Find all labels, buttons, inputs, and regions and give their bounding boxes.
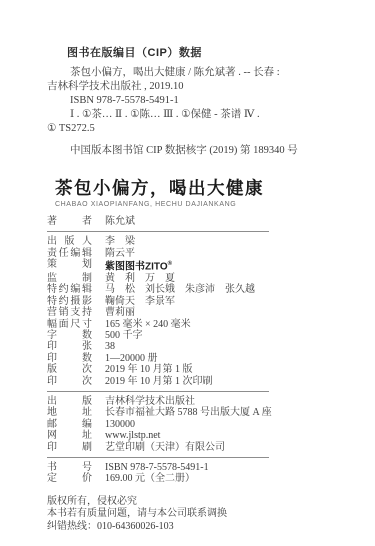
cip-block: 图书在版编目（CIP）数据 茶包小偏方，喝出大健康 / 陈允斌著 . -- 长春…	[47, 44, 345, 158]
footer-notices: 版权所有，侵权必究 本书若有质量问题，请与本公司联系调换 纠错热线：010-64…	[47, 496, 345, 533]
copyright-page: 图书在版编目（CIP）数据 茶包小偏方，喝出大健康 / 陈允斌著 . -- 长春…	[0, 0, 375, 546]
credit-value: 黄 利 万 夏	[105, 273, 175, 284]
credit-label: 版次	[47, 364, 92, 375]
pricing-block: 书号 ISBN 978-7-5578-5491-1 定价 169.00 元（全二…	[47, 462, 345, 485]
credit-label: 幅面尺寸	[47, 319, 92, 330]
publisher-row-postcode: 邮编 130000	[47, 419, 345, 430]
credit-label: 印数	[47, 353, 92, 364]
credit-row-planning: 策划 紫图图书ZITO®	[47, 259, 345, 273]
publisher-value: 130000	[105, 419, 135, 430]
separator-middle	[47, 391, 269, 392]
publisher-website-url: www.jlstp.net	[105, 430, 160, 441]
publisher-block: 出版 吉林科学技术出版社 地址 长春市福祉大路 5788 号出版大厦 A 座 邮…	[47, 396, 345, 453]
credit-label: 特约摄影	[47, 296, 92, 307]
credit-row-word-count: 字数 500 千字	[47, 330, 345, 341]
isbn-number: ISBN 978-7-5578-5491-1	[105, 462, 209, 473]
pricing-label: 定价	[47, 473, 92, 484]
credit-row-editor: 责任编辑 隋云平	[47, 248, 345, 259]
separator-bottom	[47, 457, 269, 458]
credit-label: 策划	[47, 259, 92, 273]
copyright-notice: 版权所有，侵权必究	[47, 496, 345, 508]
separator-top	[47, 231, 269, 232]
credit-label: 监制	[47, 273, 92, 284]
publisher-row-address: 地址 长春市福祉大路 5788 号出版大厦 A 座	[47, 407, 345, 418]
credit-value: 38	[105, 341, 115, 352]
publisher-value: 艺堂印刷（天津）有限公司	[105, 442, 225, 453]
zito-brand-logo: 紫图图书ZITO®	[105, 259, 172, 273]
cip-classification-line1: Ⅰ . ①茶… Ⅱ . ①陈… Ⅲ . ①保健 - 茶谱 Ⅳ .	[47, 108, 345, 122]
credit-label: 特约编辑	[47, 284, 92, 295]
publisher-row-printer: 印刷 艺堂印刷（天津）有限公司	[47, 442, 345, 453]
publisher-label: 网址	[47, 430, 92, 441]
credit-label: 印张	[47, 341, 92, 352]
cip-publisher-line: 吉林科学技术出版社 , 2019.10	[47, 80, 345, 94]
author-row: 著者 陈允斌	[47, 216, 345, 227]
publisher-label: 邮编	[47, 419, 92, 430]
credit-label: 营销支持	[47, 307, 92, 318]
credit-row-edition: 版次 2019 年 10 月第 1 版	[47, 364, 345, 375]
registered-mark: ®	[168, 261, 172, 267]
credit-value: 2019 年 10 月第 1 次印刷	[105, 376, 213, 387]
credit-label: 印次	[47, 376, 92, 387]
credit-value: 马 松 刘长娥 朱彦沛 张久越	[105, 284, 255, 295]
quality-notice: 本书若有质量问题，请与本公司联系调换	[47, 508, 345, 520]
credit-row-marketing: 营销支持 曹莉丽	[47, 307, 345, 318]
pricing-row-isbn: 书号 ISBN 978-7-5578-5491-1	[47, 462, 345, 473]
cip-record-number: 中国版本图书馆 CIP 数据核字 (2019) 第 189340 号	[47, 144, 345, 158]
title-block: 茶包小偏方，喝出大健康 CHABAO XIAOPIANFANG, HECHU D…	[55, 178, 345, 208]
credit-value: 鞠倚天 李景军	[105, 296, 175, 307]
publisher-label: 地址	[47, 407, 92, 418]
correction-hotline: 纠错热线：010-64360026-103	[47, 521, 345, 533]
credit-row-dimensions: 幅面尺寸 165 毫米 × 240 毫米	[47, 319, 345, 330]
credit-row-sheets: 印张 38	[47, 341, 345, 352]
publisher-label: 印刷	[47, 442, 92, 453]
credits-block: 出版人 李 梁 责任编辑 隋云平 策划 紫图图书ZITO® 监制 黄 利 万 夏…	[47, 236, 345, 387]
credit-value: 1—20000 册	[105, 353, 158, 364]
credit-row-supervisors: 监制 黄 利 万 夏	[47, 273, 345, 284]
cip-heading: 图书在版编目（CIP）数据	[67, 44, 345, 60]
author-name: 陈允斌	[105, 216, 135, 227]
publisher-row-press: 出版 吉林科学技术出版社	[47, 396, 345, 407]
credit-value: 2019 年 10 月第 1 版	[105, 364, 193, 375]
pricing-row-price: 定价 169.00 元（全二册）	[47, 473, 345, 484]
credit-row-contributing-editors: 特约编辑 马 松 刘长娥 朱彦沛 张久越	[47, 284, 345, 295]
credit-value: 165 毫米 × 240 毫米	[105, 319, 191, 330]
credit-label: 出版人	[47, 236, 92, 247]
credit-row-publisher-person: 出版人 李 梁	[47, 236, 345, 247]
credit-row-impression: 印次 2019 年 10 月第 1 次印刷	[47, 376, 345, 387]
credit-label: 责任编辑	[47, 248, 92, 259]
publisher-row-website: 网址 www.jlstp.net	[47, 430, 345, 441]
credit-row-photographers: 特约摄影 鞠倚天 李景军	[47, 296, 345, 307]
publisher-label: 出版	[47, 396, 92, 407]
credit-label: 字数	[47, 330, 92, 341]
credit-value: 隋云平	[105, 248, 135, 259]
credit-value: 曹莉丽	[105, 307, 135, 318]
price-value: 169.00 元（全二册）	[105, 473, 195, 484]
credit-row-print-run: 印数 1—20000 册	[47, 353, 345, 364]
pricing-label: 书号	[47, 462, 92, 473]
book-title: 茶包小偏方，喝出大健康	[55, 178, 345, 198]
publisher-value: 长春市福祉大路 5788 号出版大厦 A 座	[105, 407, 272, 418]
cip-classification-line2: ① TS272.5	[47, 122, 345, 136]
author-label: 著者	[47, 216, 92, 227]
page-content: 图书在版编目（CIP）数据 茶包小偏方，喝出大健康 / 陈允斌著 . -- 长春…	[0, 0, 375, 533]
credit-value: 李 梁	[105, 236, 135, 247]
zito-logo-text: 紫图图书ZITO	[105, 262, 168, 273]
cip-title-line: 茶包小偏方，喝出大健康 / 陈允斌著 . -- 长春 :	[47, 66, 345, 80]
book-title-pinyin: CHABAO XIAOPIANFANG, HECHU DAJIANKANG	[55, 201, 345, 208]
credit-value: 500 千字	[105, 330, 143, 341]
publisher-value: 吉林科学技术出版社	[105, 396, 195, 407]
cip-isbn-line: ISBN 978-7-5578-5491-1	[47, 94, 345, 108]
